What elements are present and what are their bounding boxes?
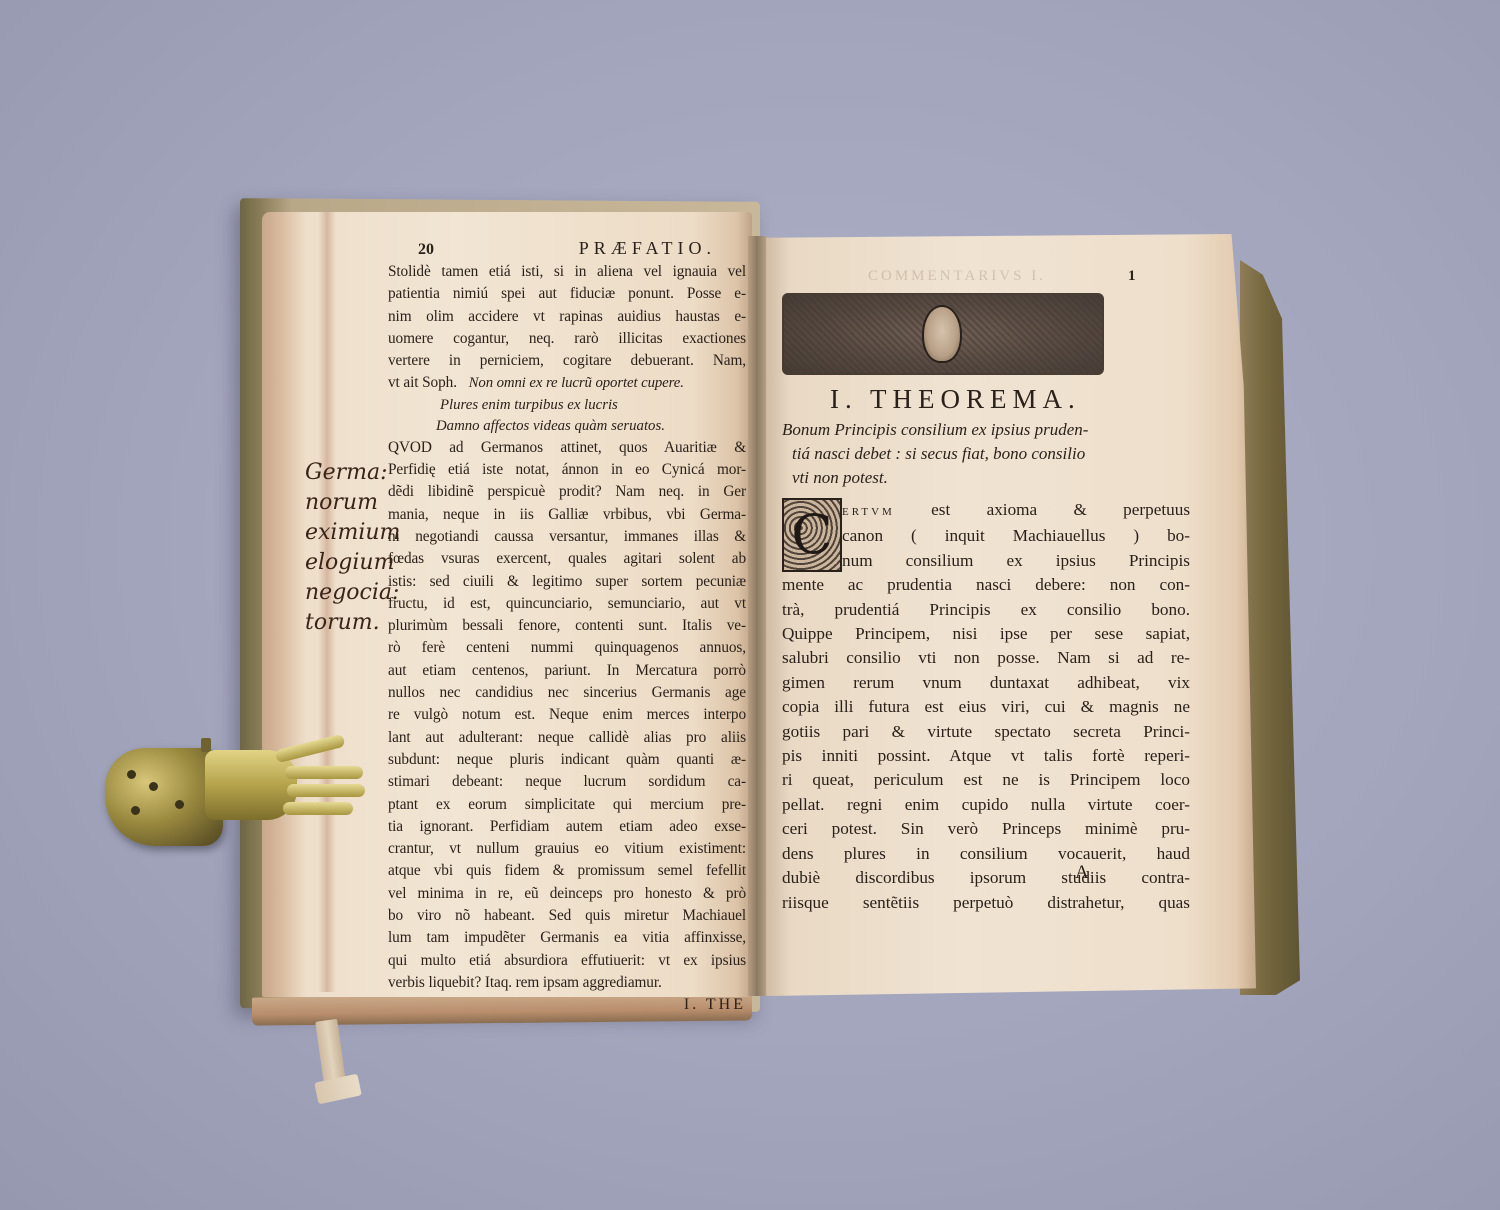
text-line: dubiè discordibus ipsorum studiis contra… <box>782 866 1190 890</box>
text-line: nullos nec candidius nec sincerius Germa… <box>388 682 746 704</box>
summary-line: vti non potest. <box>782 466 1192 490</box>
text-line: fœdas vsuras exercent, quales agitari so… <box>388 548 746 570</box>
verse-line: Damno affectos videas quàm seruatos. <box>388 416 746 437</box>
book-gutter <box>748 236 766 996</box>
text-line: Stolidè tamen etiá isti, si in aliena ve… <box>388 261 746 283</box>
text-line: fructu, id est, quincunciario, semunciar… <box>388 593 746 615</box>
signature-mark: A <box>1075 862 1089 884</box>
headpiece-face-icon <box>922 305 962 363</box>
theorem-summary: Bonum Principis consilium ex ipsius prud… <box>782 418 1192 490</box>
text-line: ceri potest. Sin verò Princeps minimè pr… <box>782 817 1190 841</box>
text-line: istis: sed ciuili & legitimo super sorte… <box>388 571 746 593</box>
marginalia-line: negocia: <box>305 578 395 608</box>
text-line: atque vbi quis fidem & promissum semel f… <box>388 860 746 882</box>
text-line: vel minima in re, eũ deinceps pro honest… <box>388 883 746 905</box>
text-line: rò ferè centeni nummi quinquagenos annuo… <box>388 637 746 659</box>
text-line: tia ignorant. Perfidiam autem etiam adeo… <box>388 816 746 838</box>
summary-line: Bonum Principis consilium ex ipsius prud… <box>782 418 1192 442</box>
marginalia-line: norum <box>305 488 395 518</box>
right-page-text: ERTVM est axioma & perpetuus canon ( inq… <box>782 498 1190 915</box>
text-line: ni negotiandi caussa versantur, immanes … <box>388 526 746 548</box>
bookmark-ribbon-end <box>314 1074 362 1105</box>
text-line: lum tam impudẽter Germanis ea vitia affi… <box>388 927 746 949</box>
text-line-with-verse: vt ait Soph. Non omni ex re lucrũ oporte… <box>388 372 746 394</box>
decoration-dot <box>131 806 140 815</box>
text-fragment: est axioma & perpetuus <box>931 500 1190 519</box>
text-line: num consilium ex ipsius Principis <box>782 549 1190 573</box>
text-line: nim olim accidere vt rapinas auidius hau… <box>388 306 746 328</box>
text-line: dens plures in consilium vocauerit, haud <box>782 842 1190 866</box>
left-page-text: 20 PRÆFATIO. Stolidè tamen etiá isti, si… <box>388 238 746 1014</box>
text-line: crantur, vt nullum grauius eo vitium exi… <box>388 838 746 860</box>
text-line: mania, neque in iis Galliæ vrbibus, vbi … <box>388 504 746 526</box>
marginalia-line: Germa: <box>305 458 395 488</box>
verse-inline: Non omni ex re lucrũ oportet cupere. <box>461 375 684 391</box>
left-page-number: 20 <box>418 241 434 259</box>
brass-hand-clip-icon <box>105 728 365 848</box>
text-line: ERTVM est axioma & perpetuus <box>782 498 1190 524</box>
clip-finger <box>285 766 363 779</box>
marginalia-line: elogium <box>305 548 395 578</box>
text-line: pellat. regni enim cupido nulla virtute … <box>782 793 1190 817</box>
left-running-head: 20 PRÆFATIO. <box>388 238 746 259</box>
text-line: aut etiam centenos, pariunt. In Mercatur… <box>388 660 746 682</box>
text-line: gimen rerum vnum duntaxat adhibeat, vix <box>782 671 1190 695</box>
clip-finger <box>283 802 353 815</box>
text-line: uomere cogantur, neq. rarò illicitas exa… <box>388 328 746 350</box>
clip-screw <box>201 738 211 752</box>
text-line: lant aut adulterant: neque callidè alias… <box>388 727 746 749</box>
text-line: verbis liquebit? Itaq. rem ipsam aggredi… <box>388 972 746 994</box>
open-book-photo: 20 PRÆFATIO. Stolidè tamen etiá isti, si… <box>0 0 1500 1210</box>
text-line: riisque sentẽtiis perpetuò distrahetur, … <box>782 891 1190 915</box>
text-line: salubri consilio vti non posse. Nam si a… <box>782 646 1190 670</box>
text-line: Perfidię etiá iste notat, ánnon in eo Cy… <box>388 459 746 481</box>
clip-finger <box>287 784 365 797</box>
text-line: ptant ex eorum simplicitate qui mercium … <box>388 794 746 816</box>
text-line: re vulgò notum est. Neque enim merces in… <box>388 704 746 726</box>
text-line: plurimùm bessali fenore, contenti sunt. … <box>388 615 746 637</box>
text-line: patientia nimiú spei aut fiduciæ ponunt.… <box>388 283 746 305</box>
text-line: QVOD ad Germanos attinet, quos Auaritiæ … <box>388 437 746 459</box>
right-page-number: 1 <box>1128 268 1136 285</box>
text-line: canon ( inquit Machiauellus ) bo- <box>782 524 1190 548</box>
marginalia-line: eximium <box>305 518 395 548</box>
summary-line: tiá nasci debet : si secus fiat, bono co… <box>782 442 1192 466</box>
text-line: mente ac prudentia nasci debere: non con… <box>782 573 1190 597</box>
text-line: qui multo etiá absurdiora effutiuerit: v… <box>388 950 746 972</box>
text-line: dẽdi libidinẽ perspicuè prodit? Nam neq.… <box>388 481 746 503</box>
show-through-running-head: COMMENTARIVS I. <box>868 268 1046 285</box>
first-word-smallcaps: ERTVM <box>842 506 895 518</box>
left-running-title: PRÆFATIO. <box>579 238 716 259</box>
text-line: copia illi futura est eius viri, cui & m… <box>782 695 1190 719</box>
decoration-dot <box>127 770 136 779</box>
text-line: subdunt: neque pluris indicant quàm quan… <box>388 749 746 771</box>
text-line: vertere in perniciem, cogitare debuerant… <box>388 350 746 372</box>
text-line: trà, prudentiá Principis ex consilio bon… <box>782 598 1190 622</box>
text-line: bo viro nõ habeant. Sed quis miretur Mac… <box>388 905 746 927</box>
clip-finger <box>274 734 345 764</box>
text-line: gotiis pari & virtute spectato secreta P… <box>782 720 1190 744</box>
text-line: ri queat, periculum est ne is Principem … <box>782 768 1190 792</box>
text-line: stimari debeant: neque lucrum sordidum c… <box>388 771 746 793</box>
text-fragment: vt ait Soph. <box>388 374 457 391</box>
text-line: Quippe Principem, nisi ipse per sese sap… <box>782 622 1190 646</box>
decoration-dot <box>149 782 158 791</box>
catchword: I. THE <box>388 996 746 1014</box>
handwritten-marginalia: Germa: norum eximium elogium negocia: to… <box>305 458 395 638</box>
text-line: pis inniti possint. Atque vt talis fortè… <box>782 744 1190 768</box>
decoration-dot <box>175 800 184 809</box>
theorem-title: I. THEOREMA. <box>830 384 1081 415</box>
marginalia-line: torum. <box>305 608 395 638</box>
verse-line: Plures enim turpibus ex lucris <box>388 395 746 416</box>
